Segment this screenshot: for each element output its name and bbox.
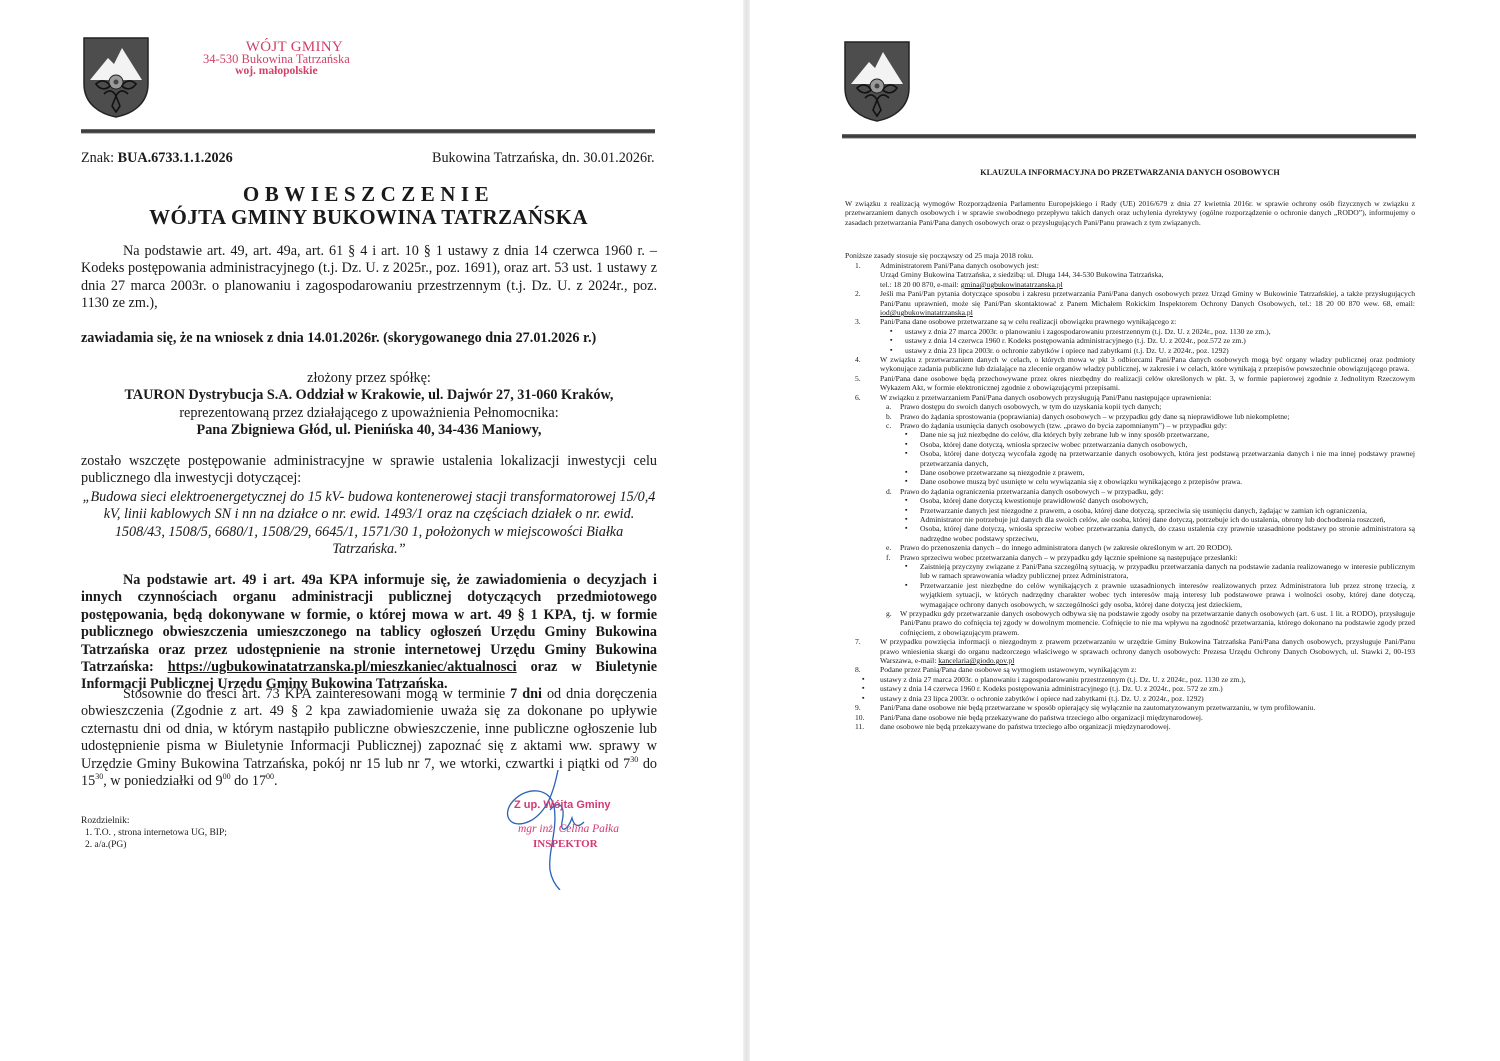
document-subtitle: WÓJTA GMINY BUKOWINA TATRZAŃSKA — [81, 209, 656, 226]
clause-number: 1. — [855, 261, 861, 270]
stamp-position: INSPEKTOR — [533, 837, 598, 852]
representative-name: Pana Zbigniewa Głód, ul. Pienińska 40, 3… — [81, 422, 657, 439]
bullet-item: ustawy z dnia 14 czerwca 1960 r. Kodeks … — [845, 336, 1415, 345]
clause-item: 4.W związku z przetwarzaniem danych w ce… — [845, 355, 1415, 374]
distribution-item: 1. T.O. , strona internetowa UG, BIP; — [81, 828, 227, 840]
right-text: W przypadku gdy przetwarzanie danych oso… — [900, 609, 1415, 637]
place-and-date: Bukowina Tatrzańska, dn. 30.01.2026r. — [432, 150, 655, 167]
file-access-text: do 17 — [231, 773, 266, 789]
clause-number: 5. — [855, 374, 861, 383]
bullet-item: Osoba, której dane dotyczą kwestionuje p… — [845, 496, 1415, 505]
email-link[interactable]: iod@ugbukowinatatrzanska.pl — [880, 308, 973, 317]
bullet-item: Osoba, której dane dotyczą, wniosła sprz… — [845, 524, 1415, 543]
clause-text: W związku z przetwarzaniem danych w cela… — [880, 355, 1415, 373]
clause-number: 4. — [855, 355, 861, 364]
clause-number: 11. — [855, 722, 864, 731]
stamp-signatory: mgr inż. Celina Pałka — [518, 822, 619, 837]
file-access-text: Stosownie do treści art. 73 KPA zaintere… — [123, 686, 510, 702]
clause-number: 8. — [855, 665, 861, 674]
header-divider — [81, 129, 655, 134]
clause-number: 2. — [855, 289, 861, 298]
bullet-item: Dane nie są już niezbędne do celów, dla … — [845, 430, 1415, 439]
clause-text: W związku z przetwarzaniem Pani/Pana dan… — [880, 393, 1211, 402]
clause-list: 1.Administratorem Pani/Pana danych osobo… — [845, 261, 1415, 731]
legal-basis-paragraph: Na podstawie art. 49, art. 49a, art. 61 … — [81, 243, 657, 313]
right-letter: a. — [886, 402, 891, 411]
time-minutes: 00 — [223, 772, 231, 781]
submitted-by-label: złożony przez spółkę: — [81, 370, 657, 387]
reference-value: BUA.6733.1.1.2026 — [118, 150, 233, 166]
clause-line: Urząd Gminy Bukowina Tatrzańska, z siedz… — [880, 270, 1415, 279]
file-access-text: , w poniedziałki od 9 — [103, 773, 222, 789]
office-stamp: WÓJT GMINY 34-530 Bukowina Tatrzańska wo… — [203, 41, 350, 77]
clause-item: 6.W związku z przetwarzaniem Pani/Pana d… — [845, 393, 1415, 402]
clause-item: 3.Pani/Pana dane osobowe przetwarzane są… — [845, 317, 1415, 326]
bullet-item: ustawy z dnia 23 lipca 2003r. o ochronie… — [845, 694, 1415, 703]
represented-by-label: reprezentowaną przez działającego z upow… — [81, 405, 657, 422]
clause-title: KLAUZULA INFORMACYJNA DO PRZETWARZANIA D… — [845, 168, 1415, 177]
clause-effective-date: Poniższe zasady stosuje się począwszy od… — [845, 251, 1034, 260]
clause-item: 5.Pani/Pana dane osobowe będą przechowyw… — [845, 374, 1415, 393]
right-item: a.Prawo dostępu do swoich danych osobowy… — [845, 402, 1415, 411]
bullet-item: ustawy z dnia 14 czerwca 1960 r. Kodeks … — [845, 684, 1415, 693]
clause-intro: W związku z realizacją wymogów Rozporząd… — [845, 199, 1415, 227]
clause-text: Jeśli ma Pani/Pan pytania dotyczące spos… — [880, 289, 1415, 307]
header-divider — [842, 134, 1416, 139]
right-text: Prawo do żądania ograniczenia przetwarza… — [900, 487, 1164, 496]
kpa-info-paragraph: Na podstawie art. 49 i art. 49a KPA info… — [81, 572, 657, 694]
clause-item: 7.W przypadku powzięcia informacji o nie… — [845, 637, 1415, 665]
clause-item: 2.Jeśli ma Pani/Pan pytania dotyczące sp… — [845, 289, 1415, 317]
distribution-list: Rozdzielnik: 1. T.O. , strona internetow… — [81, 816, 227, 851]
clause-text: Podane przez Panią/Pana dane osobowe są … — [880, 665, 1136, 674]
clause-text: Pani/Pana dane osobowe przetwarzane są w… — [880, 317, 1176, 326]
clause-item: 1.Administratorem Pani/Pana danych osobo… — [845, 261, 1415, 289]
reference-number: Znak: BUA.6733.1.1.2026 — [81, 150, 233, 167]
right-item: c.Prawo do żądania usunięcia danych osob… — [845, 421, 1415, 430]
stamp-authority: Z up. Wójta Gminy — [514, 798, 611, 813]
distribution-item: 2. a/a.(PG) — [81, 840, 227, 852]
bullet-item: Osoba, której dane dotyczą, wniosła sprz… — [845, 440, 1415, 449]
document-title: OBWIESZCZENIE — [81, 186, 656, 203]
notification-paragraph: zawiadamia się, że na wniosek z dnia 14.… — [81, 330, 657, 347]
clause-number: 7. — [855, 637, 861, 646]
bullet-item: ustawy z dnia 27 marca 2003r. o planowan… — [845, 675, 1415, 684]
right-text: Prawo do przenoszenia danych – do innego… — [900, 543, 1233, 552]
right-letter: f. — [886, 553, 890, 562]
right-letter: g. — [886, 609, 892, 618]
file-access-text: . — [274, 773, 278, 789]
notice-page: WÓJT GMINY 34-530 Bukowina Tatrzańska wo… — [0, 0, 745, 1061]
right-item: f.Prawo sprzeciwu wobec przetwarzania da… — [845, 553, 1415, 562]
clause-number: 9. — [855, 703, 861, 712]
right-text: Prawo do żądania sprostowania (poprawian… — [900, 412, 1290, 421]
clause-item: 11.dane osobowe nie będą przekazywane do… — [845, 722, 1415, 731]
clause-item: 8.Podane przez Panią/Pana dane osobowe s… — [845, 665, 1415, 674]
clause-text: Pani/Pana dane osobowe będą przechowywan… — [880, 374, 1415, 392]
bullet-item: Zaistnieją przyczyny związane z Pani/Pan… — [845, 562, 1415, 581]
signature-block: Z up. Wójta Gminy mgr inż. Celina Pałka … — [488, 770, 648, 890]
right-letter: c. — [886, 421, 891, 430]
right-text: Prawo sprzeciwu wobec przetwarzania dany… — [900, 553, 1238, 562]
right-letter: d. — [886, 487, 892, 496]
bullet-item: Przetwarzanie jest niezbędne do celów wy… — [845, 581, 1415, 609]
bullet-item: Dane osobowe przetwarzane są niezgodnie … — [845, 468, 1415, 477]
clause-item: 10.Pani/Pana dane osobowe nie będą przek… — [845, 713, 1415, 722]
clause-number: 10. — [855, 713, 865, 722]
applicant-block: złożony przez spółkę: TAURON Dystrybucja… — [81, 370, 657, 440]
announcements-link[interactable]: https://ugbukowinatatrzanska.pl/mieszkan… — [168, 659, 517, 675]
time-minutes: 30 — [95, 772, 103, 781]
investment-description: „Budowa sieci elektroenergetycznej do 15… — [81, 489, 657, 559]
distribution-label: Rozdzielnik: — [81, 816, 227, 828]
right-text: Prawo dostępu do swoich danych osobowych… — [900, 402, 1161, 411]
clause-text: Pani/Pana dane osobowe nie będą przekazy… — [880, 713, 1203, 722]
right-letter: b. — [886, 412, 892, 421]
company-name: TAURON Dystrybucja S.A. Oddział w Krakow… — [81, 387, 657, 404]
stamp-line-address: 34-530 Bukowina Tatrzańska — [203, 53, 350, 65]
clause-line: tel.: 18 20 00 870, e-mail: gmina@ugbuko… — [880, 280, 1415, 289]
bullet-item: Administrator nie potrzebuje już danych … — [845, 515, 1415, 524]
right-item: d.Prawo do żądania ograniczenia przetwar… — [845, 487, 1415, 496]
email-link[interactable]: gmina@ugbukowinatatrzanska.pl — [961, 280, 1063, 289]
stamp-line-region: woj. małopolskie — [203, 65, 350, 77]
deadline: 7 dni — [510, 686, 542, 702]
bullet-item: Dane osobowe muszą być usunięte w celu w… — [845, 477, 1415, 486]
coat-of-arms-icon — [843, 40, 911, 122]
clause-number: 6. — [855, 393, 861, 402]
clause-line: Administratorem Pani/Pana danych osobowy… — [880, 261, 1415, 270]
bullet-item: Przetwarzanie danych jest niezgodne z pr… — [845, 506, 1415, 515]
clause-text: dane osobowe nie będą przekazywane do pa… — [880, 722, 1171, 731]
clause-text: Pani/Pana dane osobowe nie będą przetwar… — [880, 703, 1315, 712]
email-link[interactable]: kancelaria@giodo.gov.pl — [938, 656, 1014, 665]
coat-of-arms-icon — [82, 36, 150, 118]
clause-item: 9.Pani/Pana dane osobowe nie będą przetw… — [845, 703, 1415, 712]
bullet-item: ustawy z dnia 23 lipca 2003r. o ochronie… — [845, 346, 1415, 355]
right-item: b.Prawo do żądania sprostowania (poprawi… — [845, 412, 1415, 421]
bullet-item: Osoba, której dane dotyczą wycofała zgod… — [845, 449, 1415, 468]
right-letter: e. — [886, 543, 891, 552]
bullet-item: ustawy z dnia 27 marca 2003r. o planowan… — [845, 327, 1415, 336]
time-minutes: 00 — [266, 772, 274, 781]
proceedings-paragraph: zostało wszczęte postępowanie administra… — [81, 453, 657, 488]
clause-number: 3. — [855, 317, 861, 326]
right-text: Prawo do żądania usunięcia danych osobow… — [900, 421, 1227, 430]
right-item: e.Prawo do przenoszenia danych – do inne… — [845, 543, 1415, 552]
right-item: g.W przypadku gdy przetwarzanie danych o… — [845, 609, 1415, 637]
reference-label: Znak: — [81, 150, 114, 166]
